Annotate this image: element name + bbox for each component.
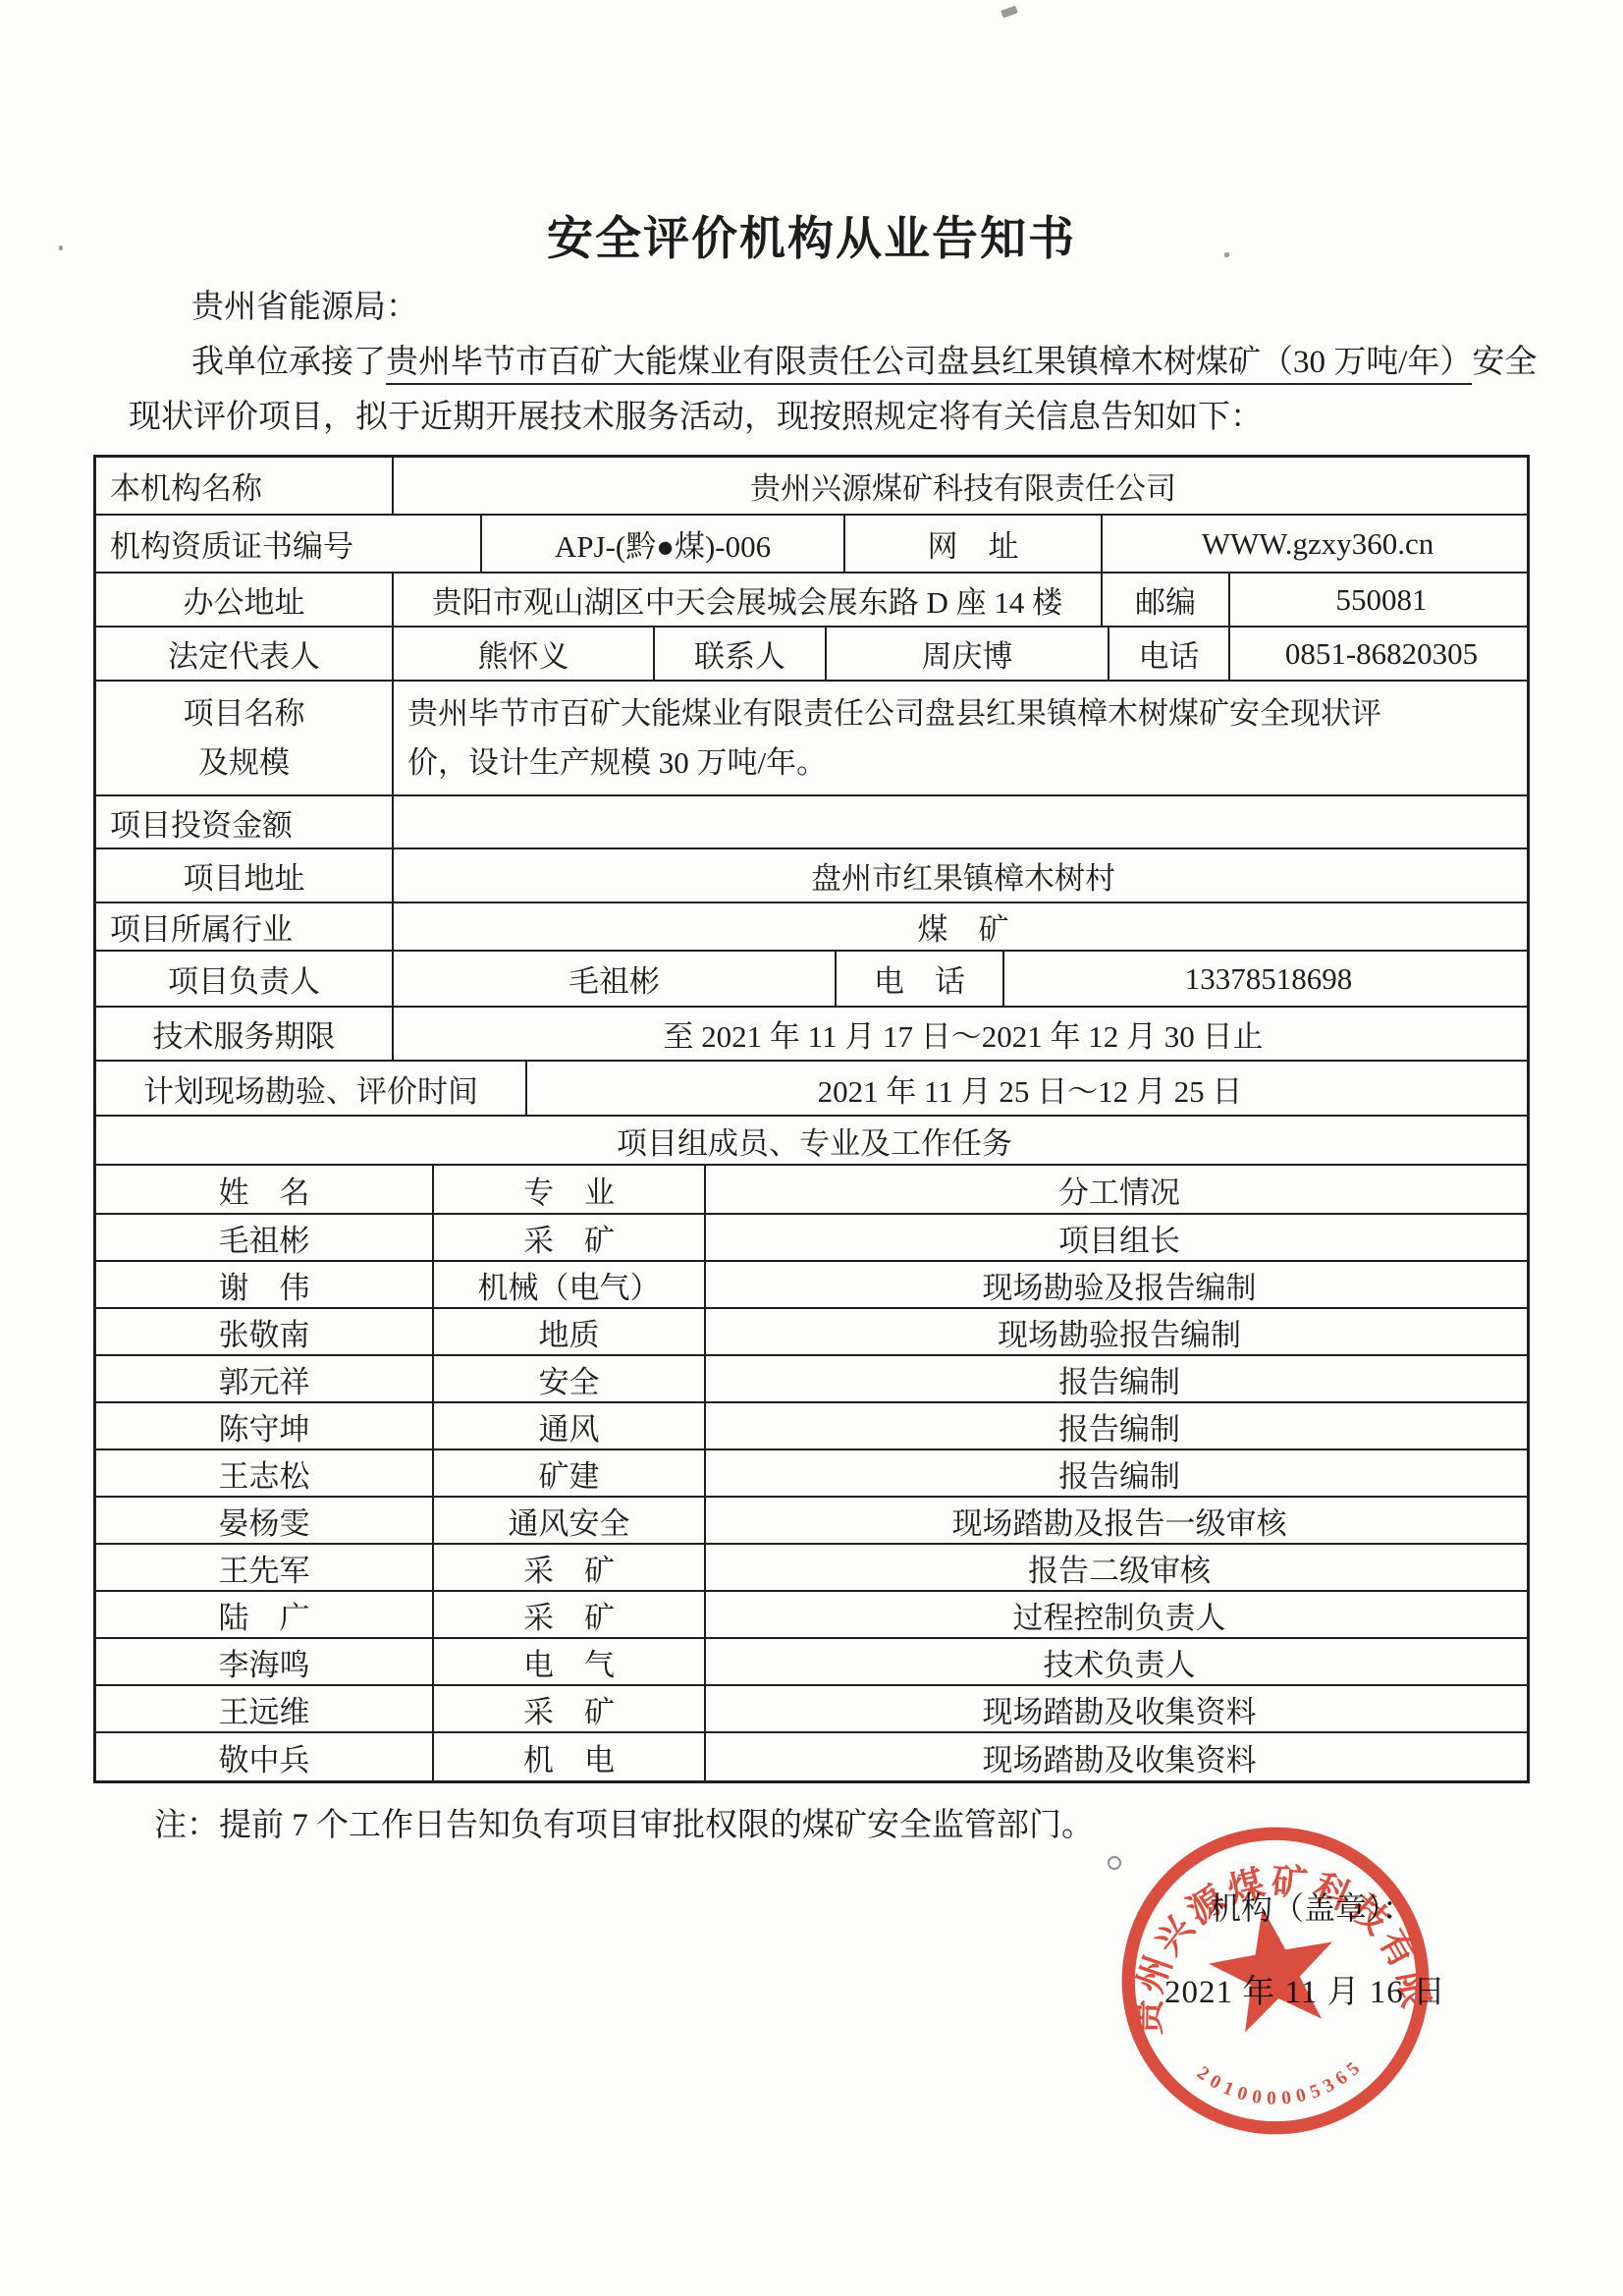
legal-rep-value: 熊怀义: [394, 628, 655, 680]
team-row: 谢 伟 机械（电气） 现场勘验及报告编制: [96, 1262, 1527, 1309]
team-member-name: 张敬南: [96, 1309, 434, 1354]
org-name-value: 贵州兴源煤矿科技有限责任公司: [394, 458, 1533, 514]
project-address-label: 项目地址: [96, 849, 394, 902]
team-member-specialty: 采 矿: [434, 1545, 706, 1590]
row-investment: 项目投资金额: [96, 796, 1527, 849]
intro-line-1: 我单位承接了贵州毕节市百矿大能煤业有限责任公司盘县红果镇樟木树煤矿（30 万吨/…: [93, 335, 1530, 390]
row-project-address: 项目地址 盘州市红果镇樟木树村: [96, 849, 1527, 903]
legal-rep-label: 法定代表人: [96, 628, 394, 680]
team-row: 王先军 采 矿 报告二级审核: [96, 1545, 1527, 1592]
team-member-name: 敬中兵: [96, 1733, 434, 1780]
certificate-label: 机构资质证书编号: [96, 516, 482, 572]
team-row: 毛祖彬 采 矿 项目组长: [96, 1215, 1527, 1262]
industry-value: 煤 矿: [394, 903, 1533, 950]
team-member-name: 谢 伟: [96, 1262, 434, 1307]
team-member-name: 郭元祥: [96, 1356, 434, 1401]
team-member-specialty: 通风安全: [434, 1498, 706, 1543]
row-team-section-title: 项目组成员、专业及工作任务: [96, 1117, 1527, 1166]
row-project-leader: 项目负责人 毛祖彬 电 话 13378518698: [96, 952, 1527, 1008]
project-name-value: 贵州毕节市百矿大能煤业有限责任公司盘县红果镇樟木树煤矿安全现状评 价，设计生产规…: [394, 682, 1533, 794]
project-address-value: 盘州市红果镇樟木树村: [394, 849, 1533, 902]
team-member-specialty: 地质: [434, 1309, 706, 1354]
page-title: 安全评价机构从业告知书: [0, 0, 1623, 268]
leader-phone-label: 电 话: [837, 952, 1004, 1006]
row-service-period: 技术服务期限 至 2021 年 11 月 17 日～2021 年 12 月 30…: [96, 1008, 1527, 1062]
team-member-duty: 现场勘验报告编制: [706, 1309, 1533, 1354]
team-row: 张敬南 地质 现场勘验报告编制: [96, 1309, 1527, 1356]
intro-tail: 安全: [1472, 345, 1537, 380]
team-member-specialty: 矿建: [434, 1450, 706, 1496]
footnote: 注：提前 7 个工作日告知负有项目审批权限的煤矿安全监管部门。: [93, 1799, 1530, 1845]
certificate-value: APJ-(黔●煤)-006: [482, 516, 845, 572]
team-member-duty: 现场踏勘及收集资料: [706, 1733, 1533, 1780]
team-member-duty: 过程控制负责人: [706, 1592, 1533, 1637]
team-member-specialty: 机械（电气）: [434, 1262, 706, 1307]
team-member-name: 王先军: [96, 1545, 434, 1590]
team-member-specialty: 电 气: [434, 1639, 706, 1684]
team-section-title: 项目组成员、专业及工作任务: [96, 1117, 1533, 1164]
row-survey-time: 计划现场勘验、评价时间 2021 年 11 月 25 日～12 月 25 日: [96, 1062, 1527, 1117]
team-member-specialty: 安全: [434, 1356, 706, 1401]
svg-text:201000005365: 201000005365: [1191, 2035, 1373, 2124]
team-member-duty: 报告编制: [706, 1403, 1533, 1449]
phone-label: 电话: [1109, 628, 1230, 680]
team-member-name: 王远维: [96, 1686, 434, 1731]
contact-value: 周庆博: [827, 628, 1109, 680]
org-name-label: 本机构名称: [96, 458, 394, 514]
project-leader-value: 毛祖彬: [394, 952, 837, 1006]
team-member-duty: 项目组长: [706, 1215, 1533, 1260]
team-member-name: 陈守坤: [96, 1403, 434, 1449]
team-member-duty: 技术负责人: [706, 1639, 1533, 1684]
phone-value: 0851-86820305: [1230, 628, 1533, 680]
row-office-address: 办公地址 贵阳市观山湖区中天会展城会展东路 D 座 14 楼 邮编 550081: [96, 574, 1527, 628]
seal-company-text: 贵州兴源煤矿科技有限责任公司: [1115, 1821, 1435, 2066]
postcode-label: 邮编: [1103, 574, 1230, 626]
office-address-value: 贵阳市观山湖区中天会展城会展东路 D 座 14 楼: [394, 574, 1103, 626]
svg-text:贵州兴源煤矿科技有限责任公司: 贵州兴源煤矿科技有限责任公司: [1115, 1821, 1435, 2066]
intro-underlined-project: 贵州毕节市百矿大能煤业有限责任公司盘县红果镇樟木树煤矿（30 万吨/年）: [386, 345, 1472, 385]
document-page: 安全评价机构从业告知书 贵州省能源局： 我单位承接了贵州毕节市百矿大能煤业有限责…: [0, 0, 1623, 2296]
team-member-specialty: 采 矿: [434, 1592, 706, 1637]
seal-serial-text: 201000005365: [1191, 2035, 1373, 2124]
intro-paragraph: 贵州省能源局： 我单位承接了贵州毕节市百矿大能煤业有限责任公司盘县红果镇樟木树煤…: [93, 280, 1530, 445]
postcode-value: 550081: [1230, 574, 1533, 626]
seal-caption: 机构（盖章）：: [1210, 1884, 1414, 1929]
team-member-name: 王志松: [96, 1450, 434, 1496]
leader-phone-value: 13378518698: [1004, 952, 1533, 1006]
team-member-name: 李海鸣: [96, 1639, 434, 1684]
survey-time-label: 计划现场勘验、评价时间: [96, 1062, 527, 1115]
team-row: 李海鸣 电 气 技术负责人: [96, 1639, 1527, 1686]
row-industry: 项目所属行业 煤 矿: [96, 903, 1527, 952]
team-row: 陆 广 采 矿 过程控制负责人: [96, 1592, 1527, 1639]
row-certificate: 机构资质证书编号 APJ-(黔●煤)-006 网 址 WWW.gzxy360.c…: [96, 516, 1527, 574]
team-row: 王远维 采 矿 现场踏勘及收集资料: [96, 1686, 1527, 1733]
team-row: 敬中兵 机 电 现场踏勘及收集资料: [96, 1733, 1527, 1780]
industry-label: 项目所属行业: [96, 903, 394, 950]
intro-lead: 我单位承接了: [191, 345, 386, 380]
team-header-row: 姓 名 专 业 分工情况: [96, 1166, 1527, 1215]
team-member-specialty: 采 矿: [434, 1215, 706, 1260]
team-member-duty: 现场踏勘及报告一级审核: [706, 1498, 1533, 1543]
office-address-label: 办公地址: [96, 574, 394, 626]
website-value: WWW.gzxy360.cn: [1103, 516, 1533, 572]
row-legal-representative: 法定代表人 熊怀义 联系人 周庆博 电话 0851-86820305: [96, 628, 1527, 682]
scan-speck: [1108, 1856, 1121, 1870]
team-row: 晏杨雯 通风安全 现场踏勘及报告一级审核: [96, 1498, 1527, 1545]
team-row: 陈守坤 通风 报告编制: [96, 1403, 1527, 1450]
intro-line-2: 现状评价项目，拟于近期开展技术服务活动，现按照规定将有关信息告知如下：: [93, 390, 1530, 445]
team-member-duty: 现场踏勘及收集资料: [706, 1686, 1533, 1731]
team-row: 郭元祥 安全 报告编制: [96, 1356, 1527, 1403]
team-member-duty: 报告二级审核: [706, 1545, 1533, 1590]
contact-label: 联系人: [655, 628, 827, 680]
service-period-label: 技术服务期限: [96, 1008, 394, 1060]
team-member-name: 陆 广: [96, 1592, 434, 1637]
scan-speck: [1224, 252, 1229, 257]
website-label: 网 址: [845, 516, 1103, 572]
team-member-name: 晏杨雯: [96, 1498, 434, 1543]
scan-speck: [59, 246, 63, 250]
team-member-specialty: 采 矿: [434, 1686, 706, 1731]
salutation: 贵州省能源局：: [93, 280, 1530, 335]
team-header-specialty: 专 业: [434, 1166, 706, 1213]
service-period-value: 至 2021 年 11 月 17 日～2021 年 12 月 30 日止: [394, 1008, 1533, 1060]
team-member-duty: 报告编制: [706, 1356, 1533, 1401]
team-header-name: 姓 名: [96, 1166, 434, 1213]
project-name-label: 项目名称 及规模: [96, 682, 394, 794]
row-project-name-scale: 项目名称 及规模 贵州毕节市百矿大能煤业有限责任公司盘县红果镇樟木树煤矿安全现状…: [96, 682, 1527, 796]
project-leader-label: 项目负责人: [96, 952, 394, 1006]
investment-label: 项目投资金额: [96, 796, 394, 847]
row-org-name: 本机构名称 贵州兴源煤矿科技有限责任公司: [96, 458, 1527, 516]
survey-time-value: 2021 年 11 月 25 日～12 月 25 日: [527, 1062, 1533, 1115]
team-row: 王志松 矿建 报告编制: [96, 1450, 1527, 1498]
team-header-duty: 分工情况: [706, 1166, 1533, 1213]
signature-date: 2021 年 11 月 16 日: [1164, 1966, 1446, 2012]
team-member-specialty: 通风: [434, 1403, 706, 1449]
info-table: 本机构名称 贵州兴源煤矿科技有限责任公司 机构资质证书编号 APJ-(黔●煤)-…: [93, 455, 1530, 1783]
team-member-duty: 报告编制: [706, 1450, 1533, 1496]
team-member-name: 毛祖彬: [96, 1215, 434, 1260]
team-member-duty: 现场勘验及报告编制: [706, 1262, 1533, 1307]
team-member-specialty: 机 电: [434, 1733, 706, 1780]
investment-value: [394, 796, 1533, 847]
